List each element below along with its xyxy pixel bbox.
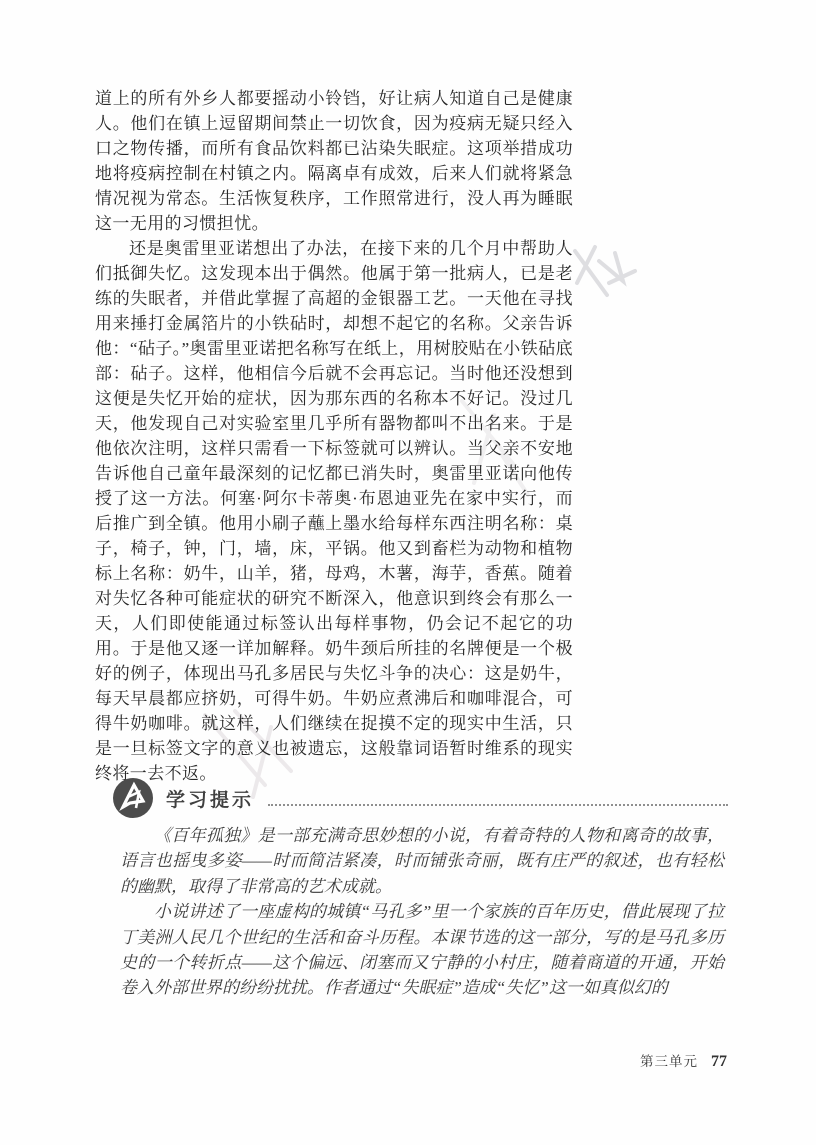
watermark-scribble — [565, 243, 655, 323]
dotted-leader-line — [268, 804, 728, 806]
study-hints-title: 学习提示 — [166, 785, 254, 812]
body-paragraph: 道上的所有外乡人都要摇动小铃铛，好让病人知道自己是健康人。他们在镇上逗留期间禁止… — [95, 86, 573, 236]
page-footer: 第三单元 77 — [640, 1050, 727, 1071]
hint-paragraph: 小说讲述了一座虚构的城镇“马孔多”里一个家族的百年历史，借此展现了拉丁美洲人民几… — [120, 899, 724, 1001]
hint-paragraph: 《百年孤独》是一部充满奇思妙想的小说，有着奇特的人物和离奇的故事，语言也摇曳多姿… — [120, 823, 724, 899]
body-paragraph: 还是奥雷里亚诺想出了办法，在接下来的几个月中帮助人们抵御失忆。这发现本出于偶然。… — [95, 236, 573, 786]
unit-label: 第三单元 — [640, 1050, 698, 1070]
textbook-emblem-icon — [112, 777, 154, 819]
study-hints-text: 《百年孤独》是一部充满奇思妙想的小说，有着奇特的人物和离奇的故事，语言也摇曳多姿… — [120, 823, 724, 1001]
page-number: 77 — [711, 1053, 727, 1071]
textbook-page: 道上的所有外乡人都要摇动小铃铛，好让病人知道自己是健康人。他们在镇上逗留期间禁止… — [0, 0, 816, 1145]
lesson-body-text: 道上的所有外乡人都要摇动小铃铛，好让病人知道自己是健康人。他们在镇上逗留期间禁止… — [95, 86, 573, 786]
study-hints-header: 学习提示 — [112, 777, 728, 819]
